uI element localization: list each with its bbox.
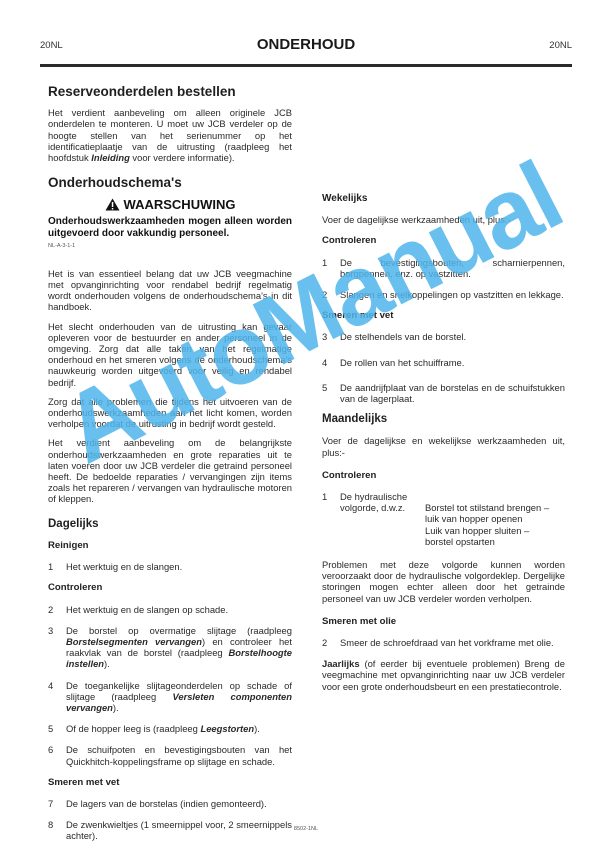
grease-label: Smeren met vet [48, 777, 292, 788]
warning-title: WAARSCHUWING [48, 198, 292, 212]
list-item: 1Het werktuig en de slangen. [48, 561, 292, 572]
yearly-paragraph: Jaarlijks (of eerder bij eventuele probl… [322, 658, 565, 692]
document-code: 8502-1NL [0, 826, 612, 832]
list-item: 4De rollen van het schuifframe. [322, 357, 565, 368]
check-label: Controleren [322, 470, 565, 481]
list-item: 5Of de hopper leeg is (raadpleeg Leegsto… [48, 723, 292, 734]
list-item: 7De lagers van de borstelas (indien gemo… [48, 798, 292, 809]
monthly-title: Maandelijks [322, 414, 565, 425]
weekly-title: Wekelijks [322, 193, 565, 204]
list-item: 3De borstel op overmatige slijtage (raad… [48, 625, 292, 670]
page-number-right: 20NL [549, 40, 572, 51]
check-label: Controleren [48, 582, 292, 593]
header-rule [40, 64, 572, 67]
list-item: 2Slangen en snelkoppelingen op vastzitte… [322, 289, 565, 300]
daily-title: Dagelijks [48, 519, 292, 530]
reference-link[interactable]: Leegstorten [200, 723, 254, 734]
spare-parts-paragraph: Het verdient aanbeveling om alleen origi… [48, 107, 292, 163]
left-column: Reserveonderdelen bestellen Het verdient… [48, 86, 292, 852]
oil-label: Smeren met olie [322, 616, 565, 627]
list-item: 4De toegankelijke slijtageonderdelen op … [48, 680, 292, 714]
right-column: Wekelijks Voer de dagelijkse werkzaamhed… [322, 193, 565, 700]
paragraph: Het is van essentieel belang dat uw JCB … [48, 268, 292, 313]
grease-label: Smeren met vet [322, 310, 565, 321]
sequence-block: volgorde, d.w.z. Borstel tot stilstand b… [340, 502, 565, 547]
check-label: Controleren [322, 235, 565, 246]
warning-triangle-icon [105, 198, 120, 212]
monthly-intro: Voer de dagelijkse en wekelijkse werkzaa… [322, 435, 565, 457]
warning-code: NL-A-3-1-1 [48, 241, 292, 252]
warning-text: Onderhoudswerkzaamheden mogen alleen wor… [48, 216, 292, 240]
reference-link[interactable]: Borstelsegmenten vervangen [66, 636, 202, 647]
list-item: 1 De hydraulische volgorde, d.w.z. Borst… [322, 491, 565, 547]
monthly-note: Problemen met deze volgorde kunnen worde… [322, 559, 565, 604]
paragraph: Het verdient aanbeveling om de belangrij… [48, 437, 292, 504]
paragraph: Zorg dat alle problemen die tijdens het … [48, 396, 292, 430]
section-title-schedules: Onderhoudschema's [48, 177, 292, 188]
list-item: 3De stelhendels van de borstel. [322, 331, 565, 342]
chapter-title: ONDERHOUD [40, 36, 572, 53]
list-item: 5De aandrijfplaat van de borstelas en de… [322, 382, 565, 404]
section-title-spare-parts: Reserveonderdelen bestellen [48, 86, 292, 97]
yearly-lead: Jaarlijks [322, 658, 360, 669]
list-item: 2Smeer de schroefdraad van het vorkframe… [322, 637, 565, 648]
paragraph: Het slecht onderhouden van de uitrusting… [48, 321, 292, 388]
list-item: 2Het werktuig en de slangen op schade. [48, 604, 292, 615]
page-header: 20NL ONDERHOUD 20NL [40, 32, 572, 68]
reference-link[interactable]: Inleiding [91, 152, 130, 163]
weekly-intro: Voer de dagelijkse werkzaamheden uit, pl… [322, 214, 565, 225]
warning-box: WAARSCHUWING Onderhoudswerkzaamheden mog… [48, 198, 292, 251]
clean-label: Reinigen [48, 540, 292, 551]
list-item: 1De bevestigingsbouten, scharnierpennen,… [322, 257, 565, 279]
list-item: 6De schuifpoten en bevestigingsbouten va… [48, 744, 292, 766]
